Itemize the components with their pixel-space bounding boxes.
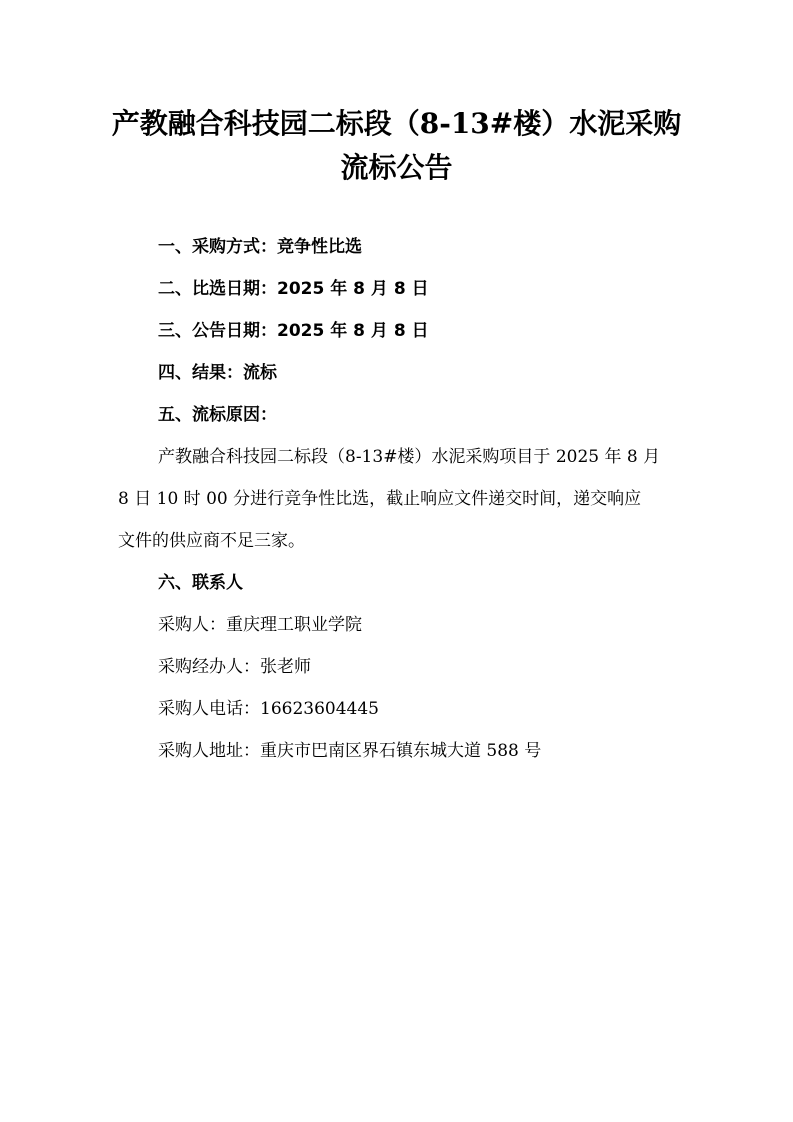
reason-paragraph-line-1: 产教融合科技园二标段（8-13#楼）水泥采购项目于 2025 年 8 月 bbox=[158, 442, 660, 467]
contact-purchaser: 采购人：重庆理工职业学院 bbox=[158, 610, 362, 635]
section-contact: 六、联系人 bbox=[158, 568, 243, 593]
contact-address: 采购人地址：重庆市巴南区界石镇东城大道 588 号 bbox=[158, 736, 541, 761]
contact-phone: 采购人电话：16623604445 bbox=[158, 694, 379, 719]
section-procurement-method: 一、采购方式：竞争性比选 bbox=[158, 232, 362, 257]
document-title-line-2: 流标公告 bbox=[0, 146, 793, 186]
section-announcement-date: 三、公告日期：2025 年 8 月 8 日 bbox=[158, 316, 429, 341]
document-page: 产教融合科技园二标段（8-13#楼）水泥采购 流标公告 一、采购方式：竞争性比选… bbox=[0, 0, 793, 1122]
reason-paragraph-line-3: 文件的供应商不足三家。 bbox=[118, 526, 305, 551]
reason-paragraph-line-2: 8 日 10 时 00 分进行竞争性比选，截止响应文件递交时间，递交响应 bbox=[118, 484, 641, 509]
document-title-line-1: 产教融合科技园二标段（8-13#楼）水泥采购 bbox=[0, 102, 793, 142]
contact-handler: 采购经办人：张老师 bbox=[158, 652, 311, 677]
section-failure-reason: 五、流标原因： bbox=[158, 400, 277, 425]
section-result: 四、结果：流标 bbox=[158, 358, 277, 383]
section-selection-date: 二、比选日期：2025 年 8 月 8 日 bbox=[158, 274, 429, 299]
